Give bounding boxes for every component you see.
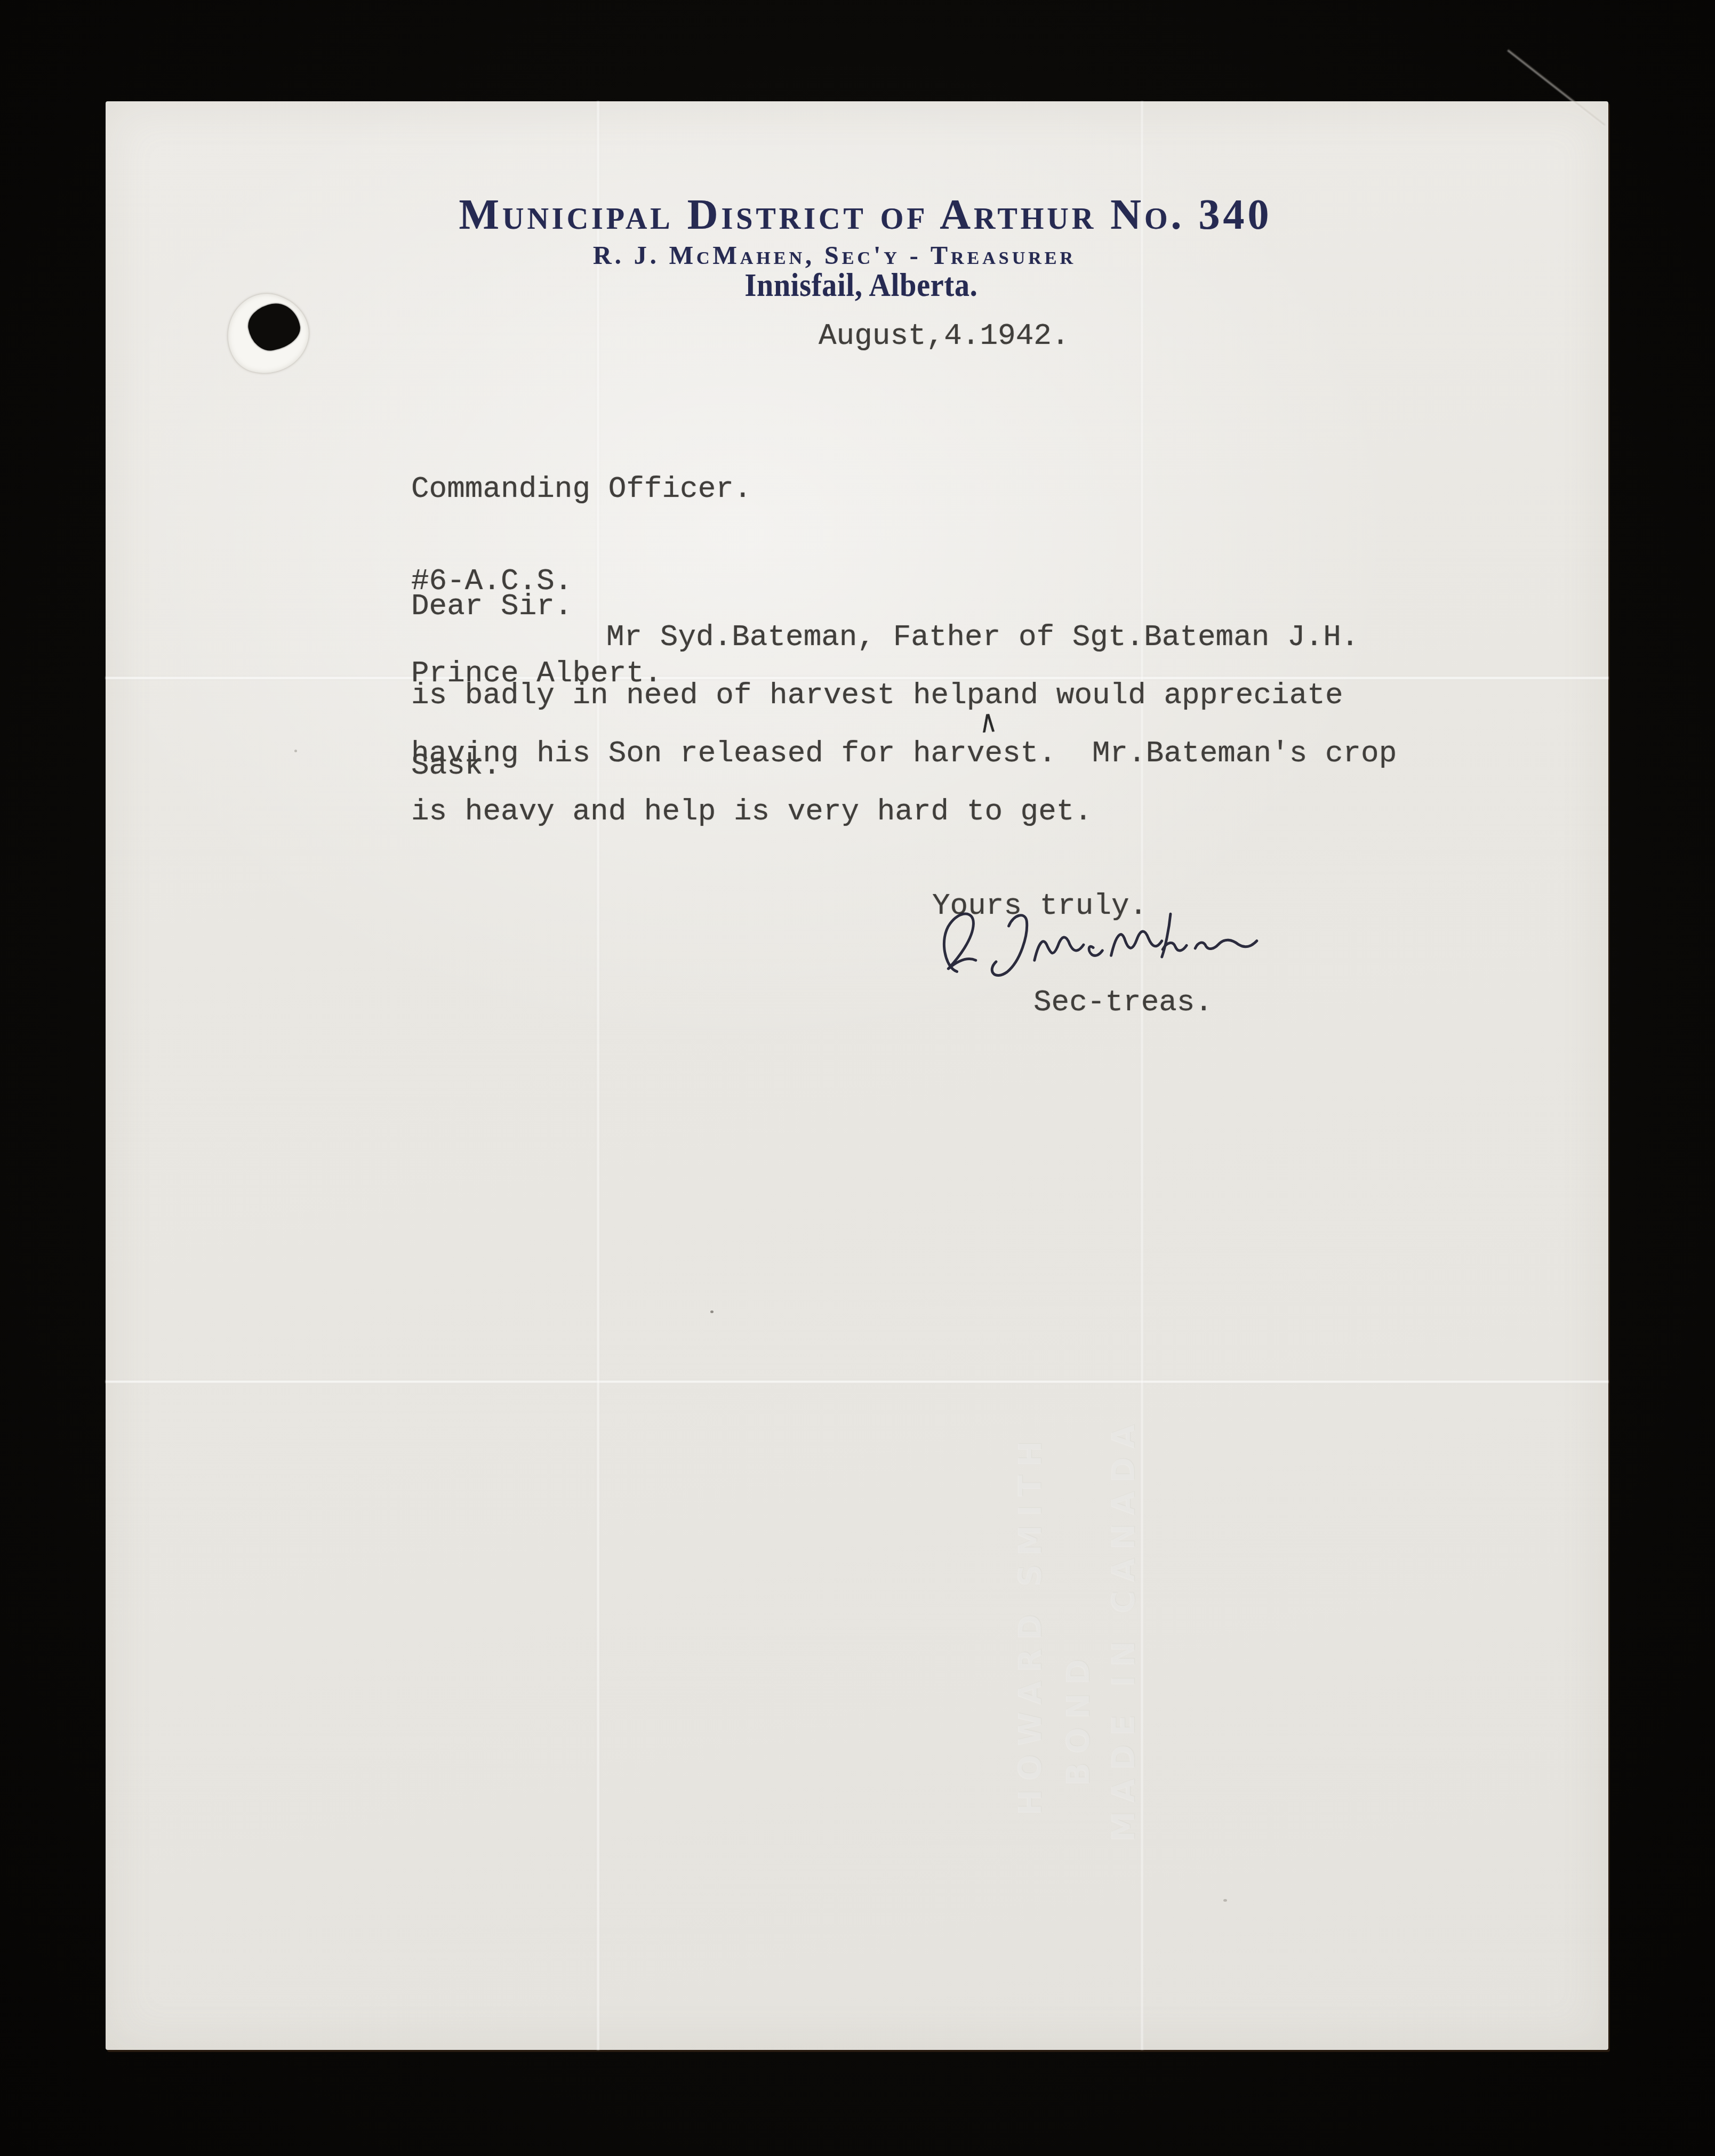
signer-title: Sec-treas. (1033, 985, 1213, 1019)
body-line: Mr Syd.Bateman, Father of Sgt.Bateman J.… (606, 620, 1359, 654)
signature-handwriting (929, 898, 1271, 994)
letter-paper: HOWARD SMITH BOND MADE IN CANADA Municip… (106, 101, 1608, 2050)
paper-speck (710, 1310, 714, 1313)
letterhead-officer: R. J. McMahen, Sec'y - Treasurer (83, 241, 1586, 270)
watermark-text-column: MADE IN CANADA (1105, 1229, 1142, 1842)
paper-speck (294, 750, 297, 752)
letterhead-organization: Municipal District of Arthur No. 340 (114, 191, 1617, 239)
watermark-text-column: BOND (1060, 1306, 1096, 1786)
corner-crease (1507, 49, 1605, 126)
body-line: is heavy and help is very hard to get. (411, 794, 1092, 828)
fold-crease-vertical-right (1140, 101, 1144, 2050)
insertion-caret-mark: ∧ (978, 703, 998, 740)
watermark-text-column: HOWARD SMITH (1012, 1229, 1048, 1815)
fold-crease-vertical-left (596, 101, 600, 2050)
body-line: is badly in need of harvest helpand woul… (411, 678, 1343, 712)
body-line: having his Son released for harvest. Mr.… (411, 736, 1397, 770)
scan-background: HOWARD SMITH BOND MADE IN CANADA Municip… (0, 0, 1715, 2156)
date-line: August,4.1942. (819, 319, 1069, 353)
recipient-line: Commanding Officer. (411, 474, 752, 505)
paper-speck (1223, 1899, 1227, 1902)
fold-crease-horizontal-lower (106, 1380, 1608, 1383)
salutation: Dear Sir. (411, 589, 572, 623)
letterhead-place: Innisfail, Alberta. (185, 267, 1537, 304)
